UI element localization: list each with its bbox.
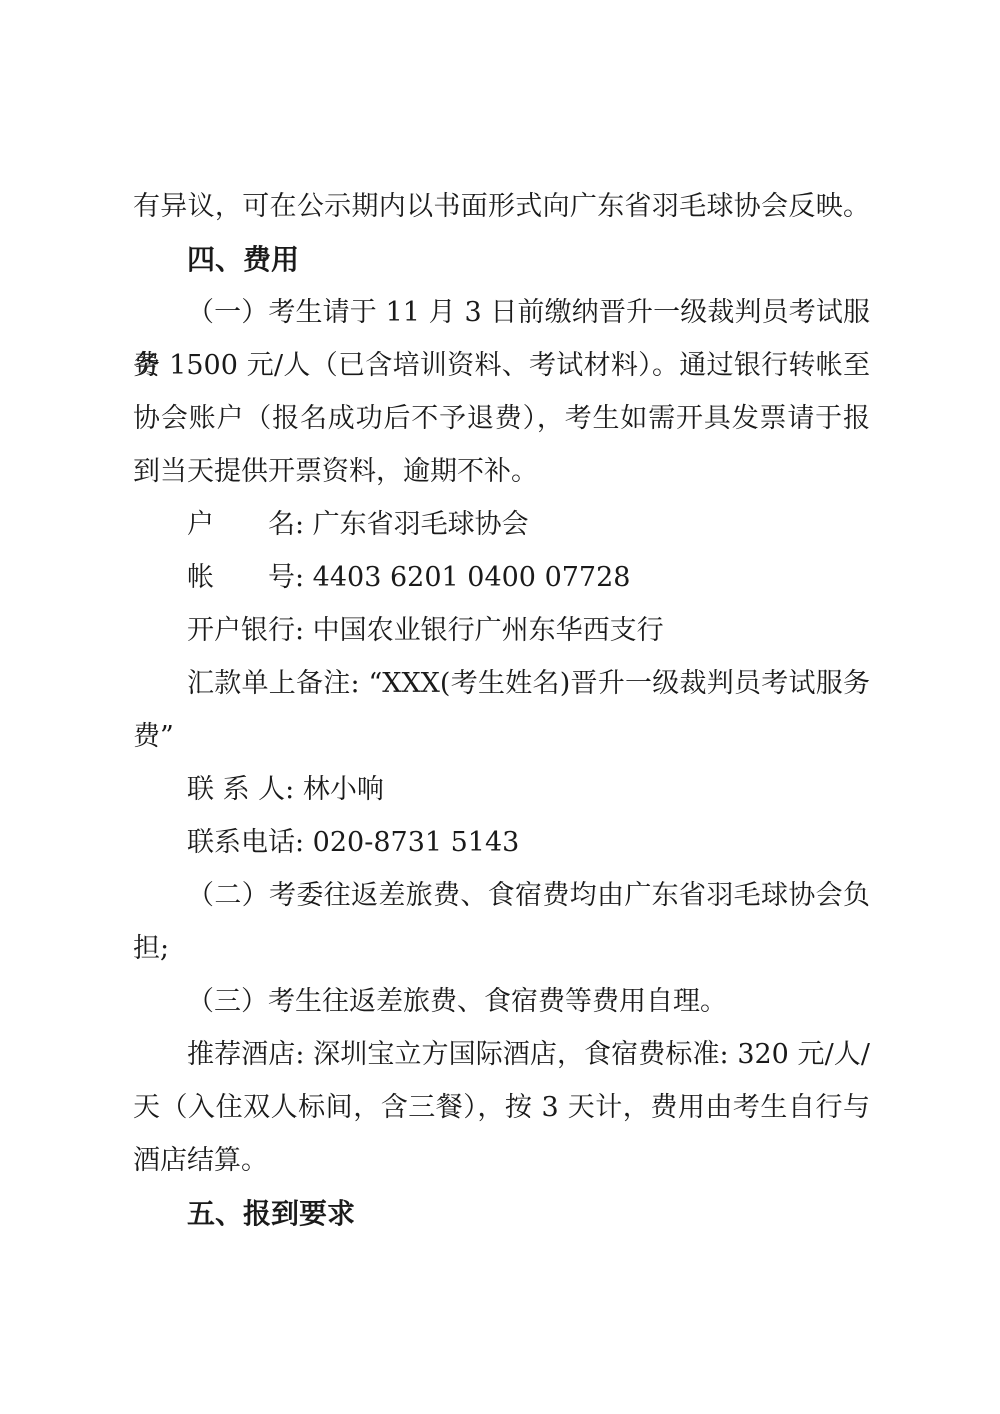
heading-section-four-fees: 四、费用 bbox=[133, 233, 870, 286]
contact-person-line: 联 系 人: 林小响 bbox=[133, 763, 870, 816]
heading-section-five-checkin: 五、报到要求 bbox=[133, 1187, 870, 1240]
contact-phone-line: 联系电话: 020-8731 5143 bbox=[133, 816, 870, 869]
candidate-expense-line: （三）考生往返差旅费、食宿费等费用自理。 bbox=[133, 975, 870, 1028]
hotel-recommendation-line-1: 推荐酒店: 深圳宝立方国际酒店，食宿费标准: 320 元/人/ bbox=[133, 1028, 870, 1081]
exam-fee-paragraph-line-4: 到当天提供开票资料，逾期不补。 bbox=[133, 445, 870, 498]
remittance-note-line-1: 汇款单上备注: “XXX(考生姓名)晋升一级裁判员考试服务 bbox=[133, 657, 870, 710]
hotel-recommendation-line-2: 天（入住双人标间，含三餐），按 3 天计，费用由考生自行与 bbox=[133, 1081, 870, 1134]
hotel-recommendation-line-3: 酒店结算。 bbox=[133, 1134, 870, 1187]
exam-fee-paragraph-line-1: （一）考生请于 11 月 3 日前缴纳晋升一级裁判员考试服务 bbox=[133, 286, 870, 339]
account-number-line: 帐 号: 4403 6201 0400 07728 bbox=[133, 551, 870, 604]
document-page: 有异议，可在公示期内以书面形式向广东省羽毛球协会反映。 四、费用 （一）考生请于… bbox=[0, 0, 1000, 1414]
account-name-line: 户 名: 广东省羽毛球协会 bbox=[133, 498, 870, 551]
committee-expense-line-2: 担; bbox=[133, 922, 870, 975]
committee-expense-line-1: （二）考委往返差旅费、食宿费均由广东省羽毛球协会负 bbox=[133, 869, 870, 922]
paragraph-objection-notice: 有异议，可在公示期内以书面形式向广东省羽毛球协会反映。 bbox=[133, 180, 870, 233]
remittance-note-line-2: 费” bbox=[133, 710, 870, 763]
exam-fee-paragraph-line-2: 费 1500 元/人（已含培训资料、考试材料）。通过银行转帐至 bbox=[133, 339, 870, 392]
document-content: 有异议，可在公示期内以书面形式向广东省羽毛球协会反映。 四、费用 （一）考生请于… bbox=[133, 180, 870, 1240]
exam-fee-paragraph-line-3: 协会账户（报名成功后不予退费），考生如需开具发票请于报 bbox=[133, 392, 870, 445]
bank-name-line: 开户银行: 中国农业银行广州东华西支行 bbox=[133, 604, 870, 657]
